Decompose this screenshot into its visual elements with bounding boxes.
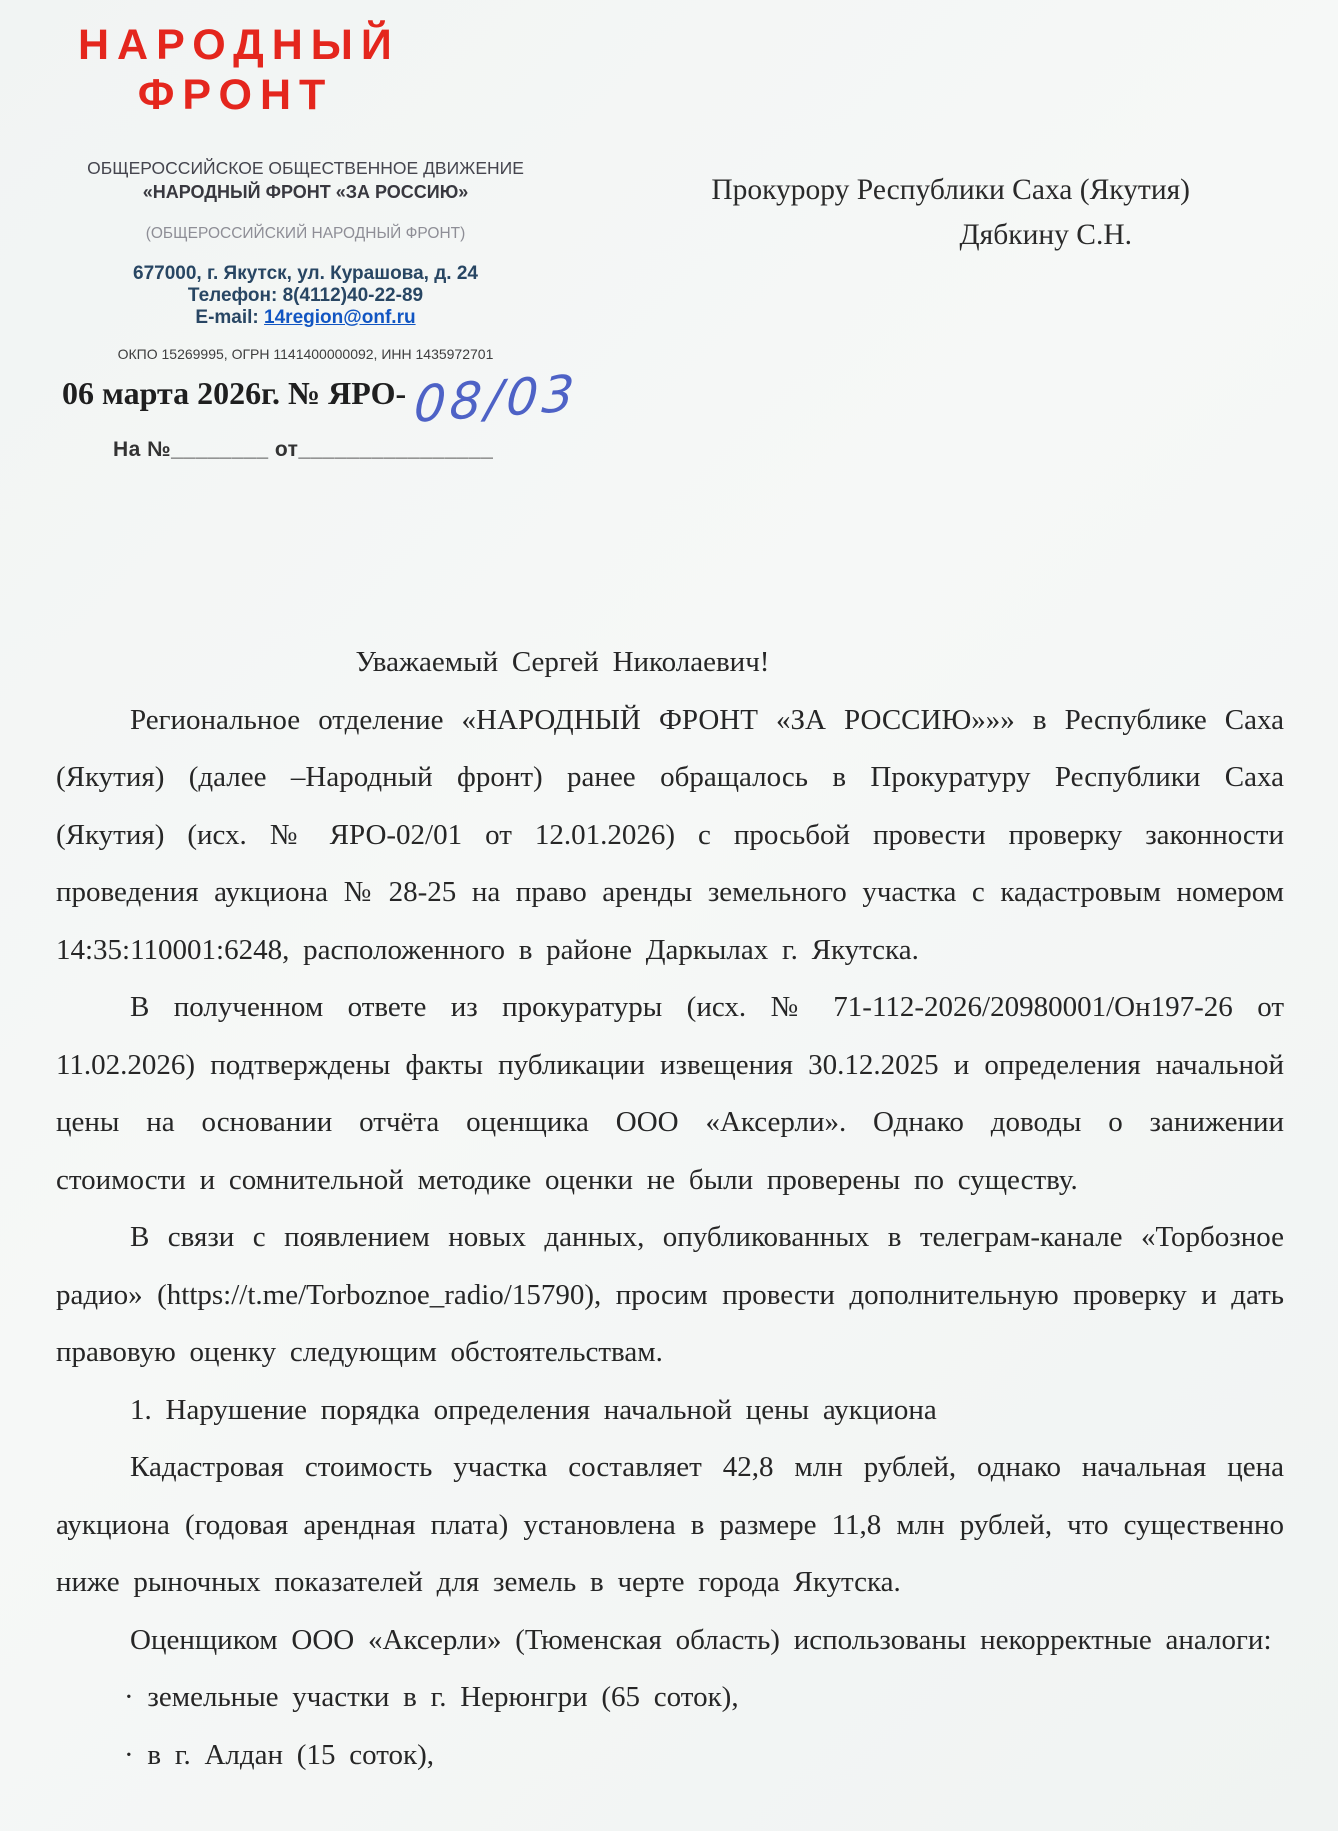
org-movement-line: ОБЩЕРОССИЙСКОЕ ОБЩЕСТВЕННОЕ ДВИЖЕНИЕ — [78, 158, 533, 179]
outgoing-date-number: 06 марта 2026г. № ЯРО- — [62, 375, 406, 411]
letter-page: НАРОДНЫЙ ФРОНТ ОБЩЕРОССИЙСКОЕ ОБЩЕСТВЕНН… — [0, 0, 1338, 1831]
paragraph: Кадастровая стоимость участка составляет… — [56, 1439, 1284, 1612]
org-address: 677000, г. Якутск, ул. Курашова, д. 24 — [78, 263, 533, 285]
paragraph: В связи с появлением новых данных, опубл… — [56, 1209, 1284, 1382]
bullet-marker: · — [124, 1681, 134, 1713]
list-item: · в г. Алдан (15 соток), — [56, 1727, 1284, 1785]
addressee-name: Дябкину С.Н. — [710, 213, 1190, 258]
org-registration-numbers: ОКПО 15269995, ОГРН 1141400000092, ИНН 1… — [78, 346, 533, 362]
org-logo-line2: ФРОНТ — [78, 70, 393, 120]
org-alt-name: (ОБЩЕРОССИЙСКИЙ НАРОДНЫЙ ФРОНТ) — [78, 225, 533, 243]
salutation: Уважаемый Сергей Николаевич! — [56, 634, 1069, 692]
letter-body: Уважаемый Сергей Николаевич! Регионально… — [56, 634, 1284, 1784]
org-phone: Телефон: 8(4112)40-22-89 — [78, 285, 533, 307]
org-movement-name: «НАРОДНЫЙ ФРОНТ «ЗА РОССИЮ» — [78, 182, 533, 203]
org-logo: НАРОДНЫЙ ФРОНТ — [78, 20, 393, 120]
handwritten-outgoing-number: 08/03 — [412, 364, 580, 434]
incoming-reference-line: На №________ от________________ — [113, 438, 493, 462]
addressee-block: Прокурору Республики Саха (Якутия) Дябки… — [710, 168, 1190, 258]
org-contacts: 677000, г. Якутск, ул. Курашова, д. 24 Т… — [78, 263, 533, 329]
letterhead: НАРОДНЫЙ ФРОНТ ОБЩЕРОССИЙСКОЕ ОБЩЕСТВЕНН… — [78, 20, 533, 362]
org-email-line: E-mail: 14region@onf.ru — [78, 307, 533, 329]
email-label: E-mail: — [195, 307, 258, 328]
paragraph: Региональное отделение «НАРОДНЫЙ ФРОНТ «… — [56, 692, 1284, 980]
email-link[interactable]: 14region@onf.ru — [264, 307, 416, 328]
list-item: · земельные участки в г. Нерюнгри (65 со… — [56, 1669, 1284, 1727]
org-logo-line1: НАРОДНЫЙ — [78, 20, 393, 70]
addressee-title: Прокурору Республики Саха (Якутия) — [710, 168, 1190, 213]
paragraph: Оценщиком ООО «Аксерли» (Тюменская облас… — [56, 1612, 1284, 1670]
section-heading: 1. Нарушение порядка определения начальн… — [56, 1382, 1284, 1440]
outgoing-reference-line: 06 марта 2026г. № ЯРО-08/03 — [62, 370, 578, 428]
paragraph: В полученном ответе из прокуратуры (исх.… — [56, 979, 1284, 1209]
list-item-text: в г. Алдан (15 соток), — [147, 1739, 434, 1771]
list-item-text: земельные участки в г. Нерюнгри (65 сото… — [147, 1681, 738, 1713]
bullet-marker: · — [124, 1739, 134, 1771]
